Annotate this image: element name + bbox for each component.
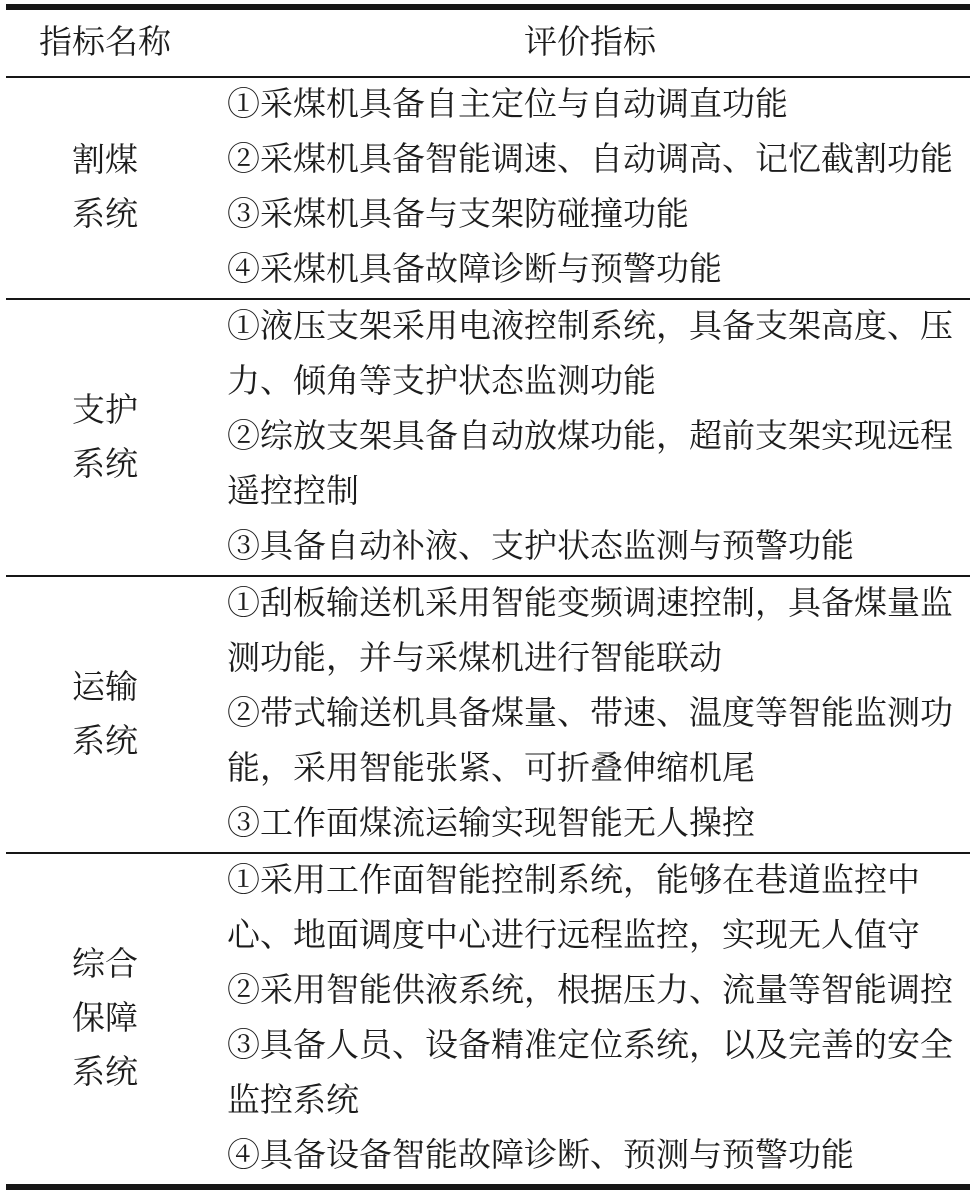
criteria-item: ③工作面煤流运输实现智能无人操控 <box>227 797 953 852</box>
section-row-support-system: 支护系统 ①液压支架采用电液控制系统，具备支架高度、压力、倾角等支护状态监测功能… <box>0 300 976 575</box>
section-row-comprehensive-support-system: 综合保障系统 ①采用工作面智能控制系统，能够在巷道监控中心、地面调度中心进行远程… <box>0 854 976 1184</box>
criteria-item: ③具备人员、设备精准定位系统，以及完善的安全监控系统 <box>227 1019 953 1129</box>
section-name-cell: 运输系统 <box>10 661 200 769</box>
criteria-item: ③具备自动补液、支护状态监测与预警功能 <box>227 520 953 575</box>
section-items-cell: ①刮板输送机采用智能变频调速控制，具备煤量监测功能，并与采煤机进行智能联动 ②带… <box>227 577 953 852</box>
criteria-item: ①采用工作面智能控制系统，能够在巷道监控中心、地面调度中心进行远程监控，实现无人… <box>227 854 953 964</box>
criteria-item: ①液压支架采用电液控制系统，具备支架高度、压力、倾角等支护状态监测功能 <box>227 300 953 410</box>
section-name: 支护系统 <box>71 384 139 492</box>
criteria-item: ④采煤机具备故障诊断与预警功能 <box>227 243 953 298</box>
section-name: 运输系统 <box>71 661 139 769</box>
column-header-evaluation-criteria: 评价指标 <box>227 16 953 63</box>
section-name-cell: 综合保障系统 <box>10 938 200 1100</box>
section-name: 综合保障系统 <box>71 938 139 1100</box>
table-bottom-rule <box>6 1184 970 1190</box>
column-header-indicator-name: 指标名称 <box>10 16 200 63</box>
criteria-item: ②采煤机具备智能调速、自动调高、记忆截割功能 <box>227 133 953 188</box>
criteria-item: ④具备设备智能故障诊断、预测与预警功能 <box>227 1129 953 1184</box>
criteria-item: ②带式输送机具备煤量、带速、温度等智能监测功能，采用智能张紧、可折叠伸缩机尾 <box>227 687 953 797</box>
section-name-cell: 割煤系统 <box>10 134 200 242</box>
section-items-cell: ①液压支架采用电液控制系统，具备支架高度、压力、倾角等支护状态监测功能 ②综放支… <box>227 300 953 575</box>
section-name: 割煤系统 <box>71 134 139 242</box>
criteria-item: ②采用智能供液系统，根据压力、流量等智能调控 <box>227 964 953 1019</box>
criteria-item: ①刮板输送机采用智能变频调速控制，具备煤量监测功能，并与采煤机进行智能联动 <box>227 577 953 687</box>
section-row-transport-system: 运输系统 ①刮板输送机采用智能变频调速控制，具备煤量监测功能，并与采煤机进行智能… <box>0 577 976 852</box>
criteria-item: ①采煤机具备自主定位与自动调直功能 <box>227 78 953 133</box>
section-name-cell: 支护系统 <box>10 384 200 492</box>
section-items-cell: ①采用工作面智能控制系统，能够在巷道监控中心、地面调度中心进行远程监控，实现无人… <box>227 854 953 1184</box>
paper-table-page: 指标名称 评价指标 割煤系统 ①采煤机具备自主定位与自动调直功能 ②采煤机具备智… <box>0 0 976 1194</box>
criteria-item: ②综放支架具备自动放煤功能，超前支架实现远程遥控控制 <box>227 410 953 520</box>
table-header-row: 指标名称 评价指标 <box>0 10 976 76</box>
criteria-item: ③采煤机具备与支架防碰撞功能 <box>227 188 953 243</box>
section-row-coal-cutting-system: 割煤系统 ①采煤机具备自主定位与自动调直功能 ②采煤机具备智能调速、自动调高、记… <box>0 78 976 298</box>
section-items-cell: ①采煤机具备自主定位与自动调直功能 ②采煤机具备智能调速、自动调高、记忆截割功能… <box>227 78 953 298</box>
